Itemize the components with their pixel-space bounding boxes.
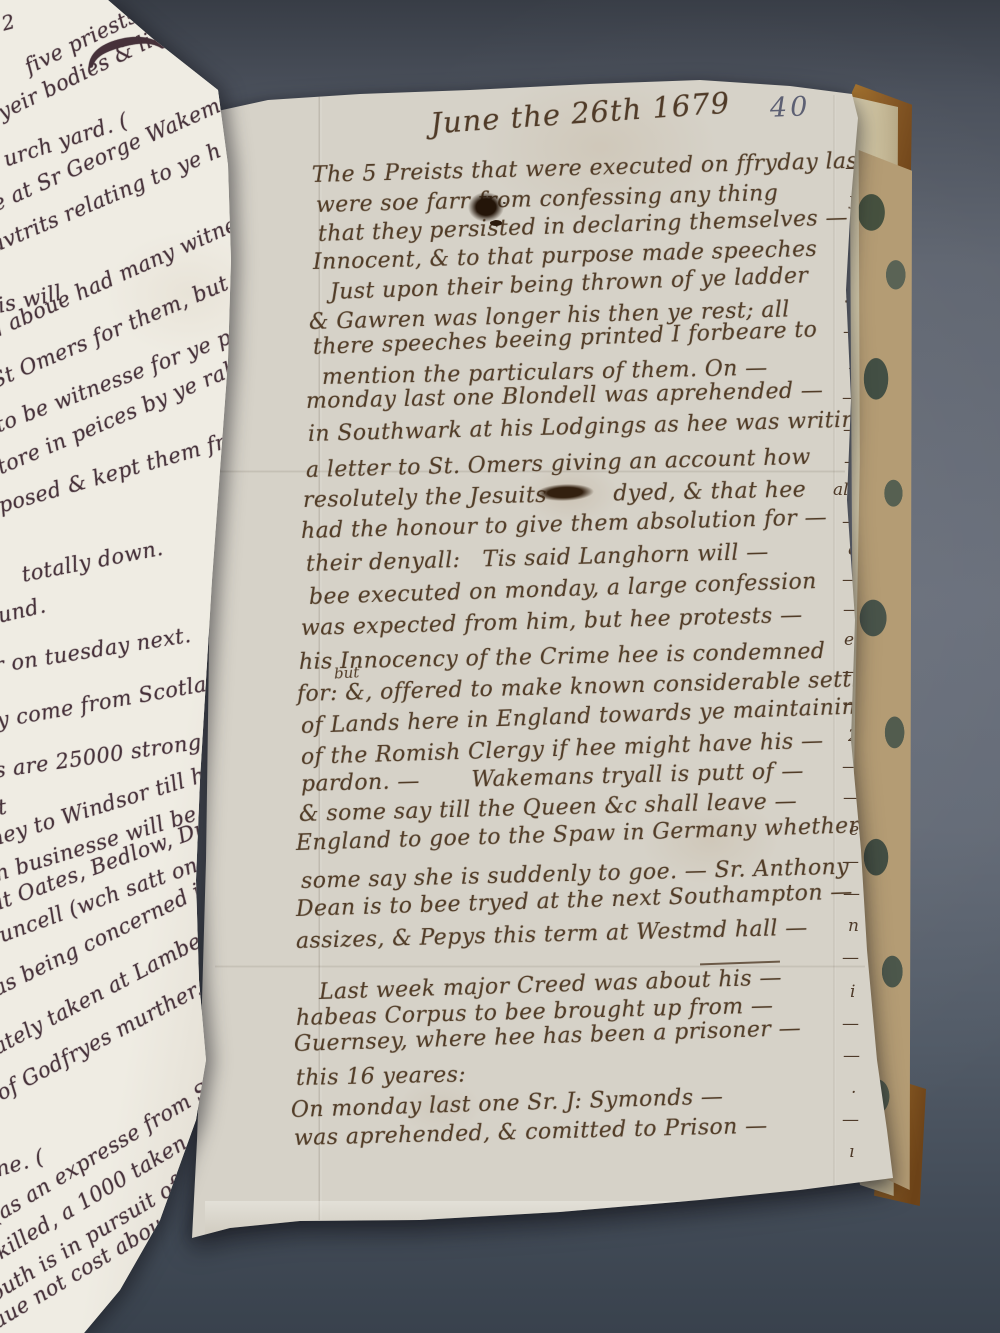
left-page-text-line: t (0, 795, 9, 820)
left-page-wrapper: 2(five priests, whitebread st; yeir bodi… (0, 0, 1000, 1333)
left-page-text-line: ly come from Scotland w (0, 663, 261, 734)
left-page-text-line: r on tuesday next. (0, 623, 193, 678)
left-page-fragment: 2(five priests, whitebread st; yeir bodi… (0, 0, 270, 1333)
photograph: June the 26th 1679 40 The 5 Preists that… (0, 0, 1000, 1333)
left-page-text-line: 2 (0, 9, 18, 36)
left-page-text-line: totally down. (20, 536, 165, 587)
left-page-text-line: und. (0, 593, 48, 627)
